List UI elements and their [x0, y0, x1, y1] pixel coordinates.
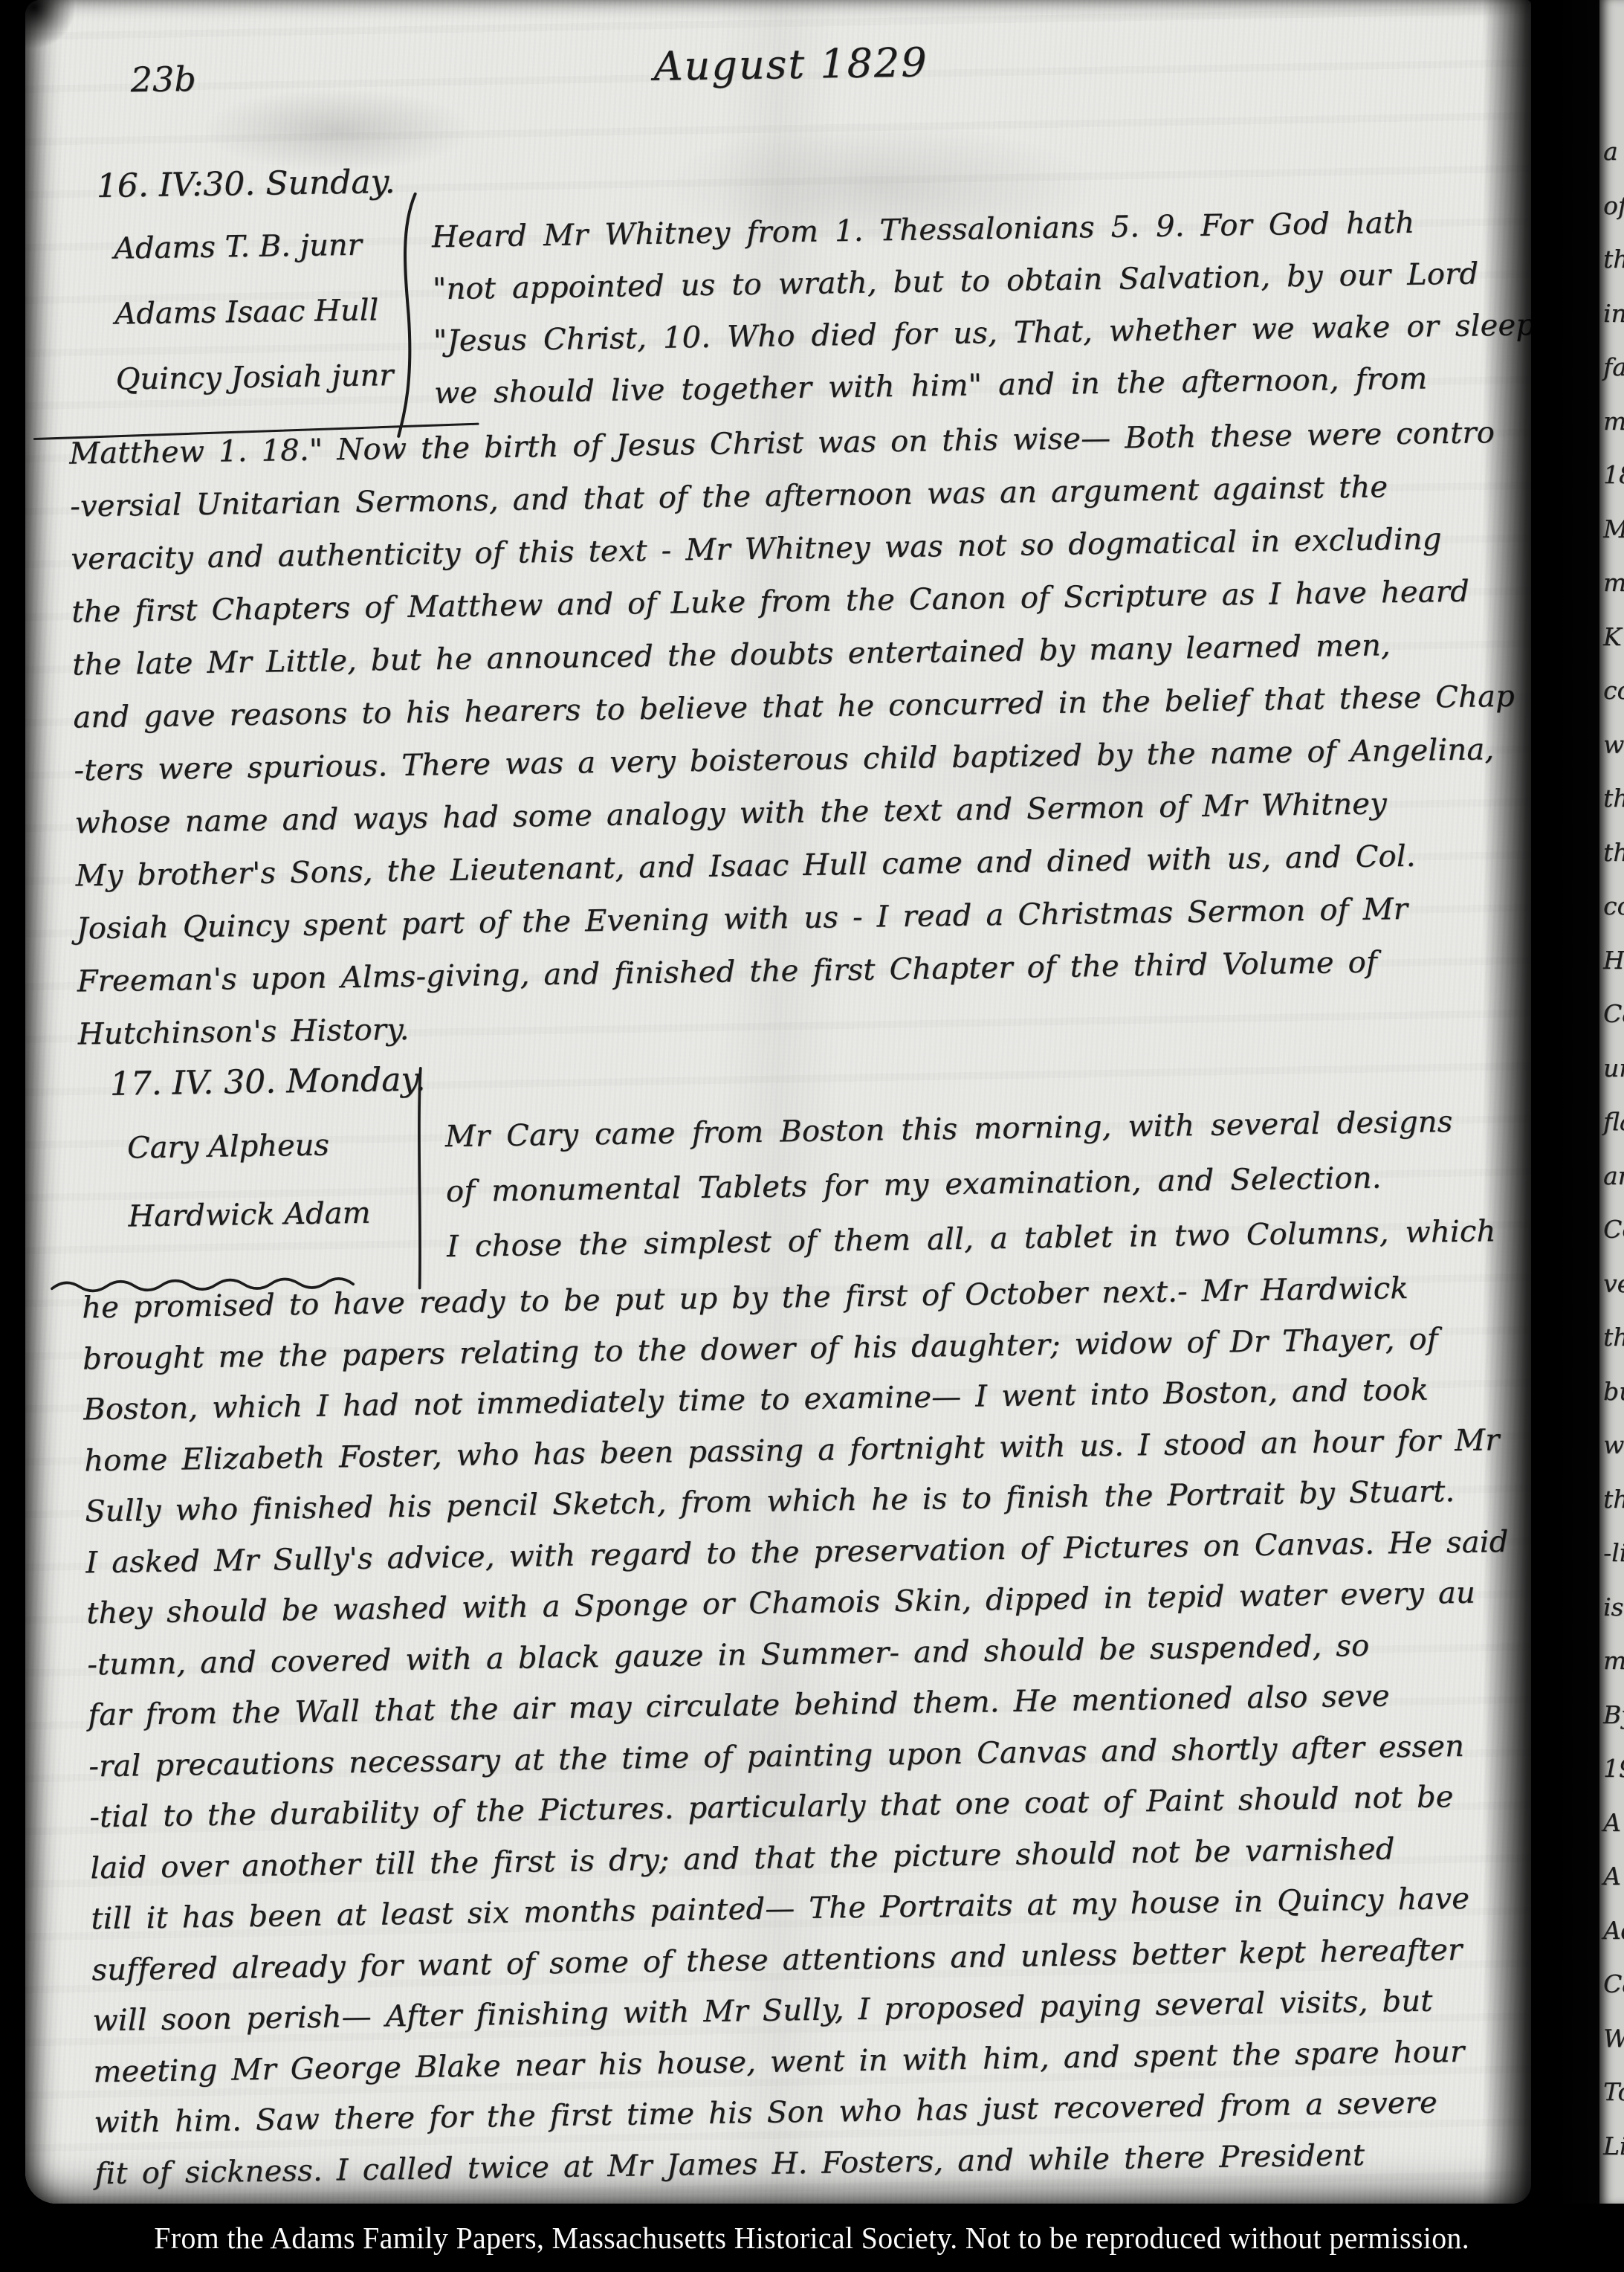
caption-bar: From the Adams Family Papers, Massachuse…	[0, 2204, 1624, 2272]
page-content: 23b August 1829 16. IV:30. Sunday. Adams…	[25, 0, 1531, 2204]
partial-text-fragment: fa	[1599, 341, 1624, 395]
margin-name: Cary Alpheus	[126, 1110, 424, 1183]
partial-text-fragment: -lis	[1599, 1526, 1624, 1581]
margin-name: Hardwick Adam	[128, 1178, 426, 1251]
partial-text-fragment: Ad	[1599, 1904, 1624, 1958]
partial-text-fragment: co	[1599, 880, 1624, 934]
next-page-edge: aoftheinfamy18.MmKcowthethecoHCaunflaanC…	[1599, 0, 1624, 2204]
partial-text-fragment: an	[1599, 1149, 1624, 1204]
diary-page: 23b August 1829 16. IV:30. Sunday. Adams…	[25, 0, 1531, 2204]
margin-name: Adams Isaac Hull	[114, 277, 413, 347]
partial-text-fragment: K	[1599, 610, 1624, 665]
partial-text-fragment: H	[1599, 934, 1624, 988]
margin-name: Quincy Josiah junr	[115, 343, 413, 413]
partial-text-fragment: m	[1599, 1634, 1624, 1688]
partial-text-fragment: M	[1599, 503, 1624, 557]
entry-top-block: Cary AlpheusHardwick Adam Mr Cary came f…	[74, 1094, 1520, 1280]
margin-name: Adams T. B. junr	[113, 212, 411, 282]
diary-entry-monday: 17. IV. 30. Monday. Cary AlpheusHardwick…	[74, 1040, 1531, 2200]
partial-text-fragment: my	[1599, 395, 1624, 449]
partial-text-fragment: 19.	[1599, 1742, 1624, 1796]
entry-text-indented: Mr Cary came from Boston this morning, w…	[424, 1094, 1520, 1275]
entry-top-block: Adams T. B. junrAdams Isaac HullQuincy J…	[61, 196, 1507, 425]
partial-text-fragment: To	[1599, 2065, 1624, 2120]
partial-text-fragment: Col	[1599, 1203, 1624, 1257]
partial-text-fragment: Ca	[1599, 987, 1624, 1042]
entry-text-full: Matthew 1. 18." Now the birth of Jesus C…	[69, 407, 1517, 1062]
partial-text-fragment: By	[1599, 1688, 1624, 1743]
partial-text-fragment: A	[1599, 1850, 1624, 1904]
partial-text-fragment: un	[1599, 1042, 1624, 1096]
partial-text-fragment: a	[1599, 125, 1624, 179]
partial-text-fragment: th	[1599, 1473, 1624, 1527]
partial-text-fragment: A	[1599, 1796, 1624, 1850]
margin-name-list: Adams T. B. junrAdams Isaac HullQuincy J…	[113, 212, 413, 413]
partial-text-fragment: bu	[1599, 1365, 1624, 1419]
month-year-heading: August 1829	[653, 39, 928, 89]
partial-text-fragment: in	[1599, 287, 1624, 341]
source-caption: From the Adams Family Papers, Massachuse…	[155, 2220, 1470, 2256]
partial-text-fragment: the	[1599, 233, 1624, 287]
partial-text-fragment: the	[1599, 826, 1624, 880]
margin-names-column: Cary AlpheusHardwick Adam	[74, 1110, 426, 1280]
margin-rule	[410, 1067, 429, 1290]
partial-text-fragment: the	[1599, 1311, 1624, 1365]
partial-text-fragment: Ca	[1599, 1958, 1624, 2012]
partial-text-fragment: Li	[1599, 2120, 1624, 2174]
partial-text-fragment: fla	[1599, 1095, 1624, 1149]
entry-text-indented: Heard Mr Whitney from 1. Thessalonians 5…	[410, 195, 1531, 420]
partial-text-fragment: co	[1599, 664, 1624, 718]
partial-text-fragment: ve	[1599, 1257, 1624, 1311]
entry-text-full: he promised to have ready to be put up b…	[82, 1262, 1531, 2200]
partial-text-fragment: is a	[1599, 1581, 1624, 1635]
manuscript-scan: 23b August 1829 16. IV:30. Sunday. Adams…	[0, 0, 1624, 2272]
partial-text-fragment: w	[1599, 1419, 1624, 1473]
margin-names-column: Adams T. B. junrAdams Isaac HullQuincy J…	[61, 212, 413, 425]
partial-text-fragment: w	[1599, 718, 1624, 772]
margin-brace	[392, 193, 421, 438]
page-head: 23b August 1829	[59, 30, 1504, 164]
partial-text-fragment: of	[1599, 179, 1624, 233]
book-gutter-shadow	[1483, 0, 1603, 2204]
partial-text-fragment: W	[1599, 2012, 1624, 2066]
partial-text-fragment: m	[1599, 556, 1624, 610]
margin-name-list: Cary AlpheusHardwick Adam	[126, 1110, 426, 1251]
partial-text-fragment: 18.	[1599, 448, 1624, 503]
page-number: 23b	[130, 59, 196, 100]
diary-entry-sunday: 16. IV:30. Sunday. Adams T. B. junrAdams…	[60, 142, 1517, 1062]
partial-text-column: aoftheinfamy18.MmKcowthethecoHCaunflaanC…	[1599, 0, 1624, 2173]
partial-text-fragment: the	[1599, 772, 1624, 826]
